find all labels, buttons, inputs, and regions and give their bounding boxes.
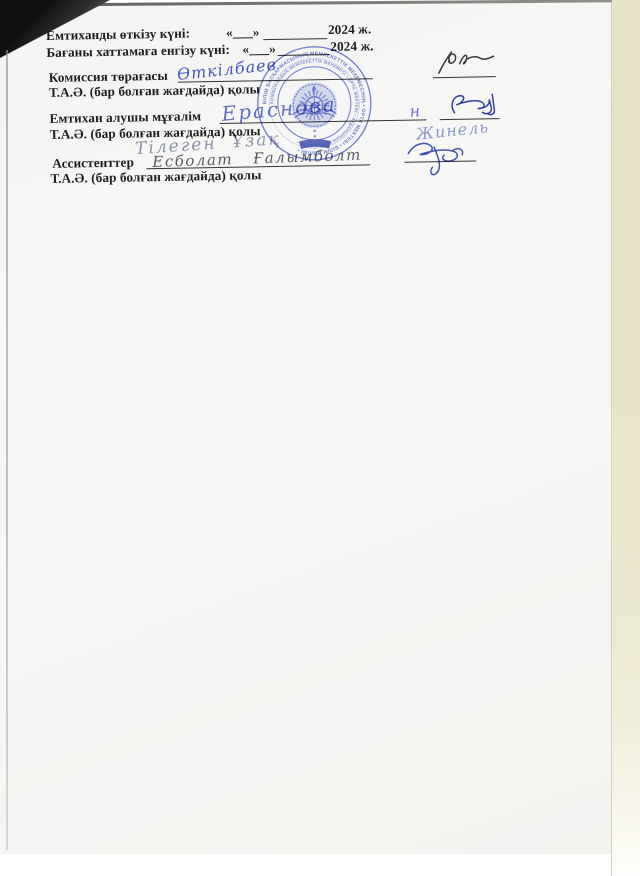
chairman-caption: Т.А.Ә. (бар болған жағдайда) қолы: [49, 82, 260, 100]
exam-date-label: Емтиханды өткізу күні:: [46, 26, 190, 43]
exam-date-day-blank: «___»: [226, 25, 260, 40]
stamp-star-bottom: ✶: [313, 133, 318, 140]
examiner-handwritten-name-tail: н: [409, 101, 421, 121]
exam-date-fill-line: [263, 38, 327, 41]
exam-date-year: 2024 ж.: [328, 22, 371, 37]
examiner-label: Емтихан алушы мұғалім: [49, 109, 201, 126]
assistants-label: Ассистенттер: [52, 155, 134, 170]
chairman-signature-scribble: [433, 48, 497, 77]
assistants-caption: Т.А.Ә. (бар болған жағдайда) қолы: [50, 168, 261, 186]
document-content: Емтиханды өткізу күні: «___» 2024 ж. Бағ…: [0, 0, 640, 876]
examiner-signature-scribble: [444, 90, 504, 119]
scanned-document: Емтиханды өткізу күні: «___» 2024 ж. Бағ…: [0, 0, 640, 876]
assistant-signature-scribble: [400, 134, 481, 177]
grade-entry-label: Бағаны хаттамаға енгізу күні:: [46, 42, 230, 59]
